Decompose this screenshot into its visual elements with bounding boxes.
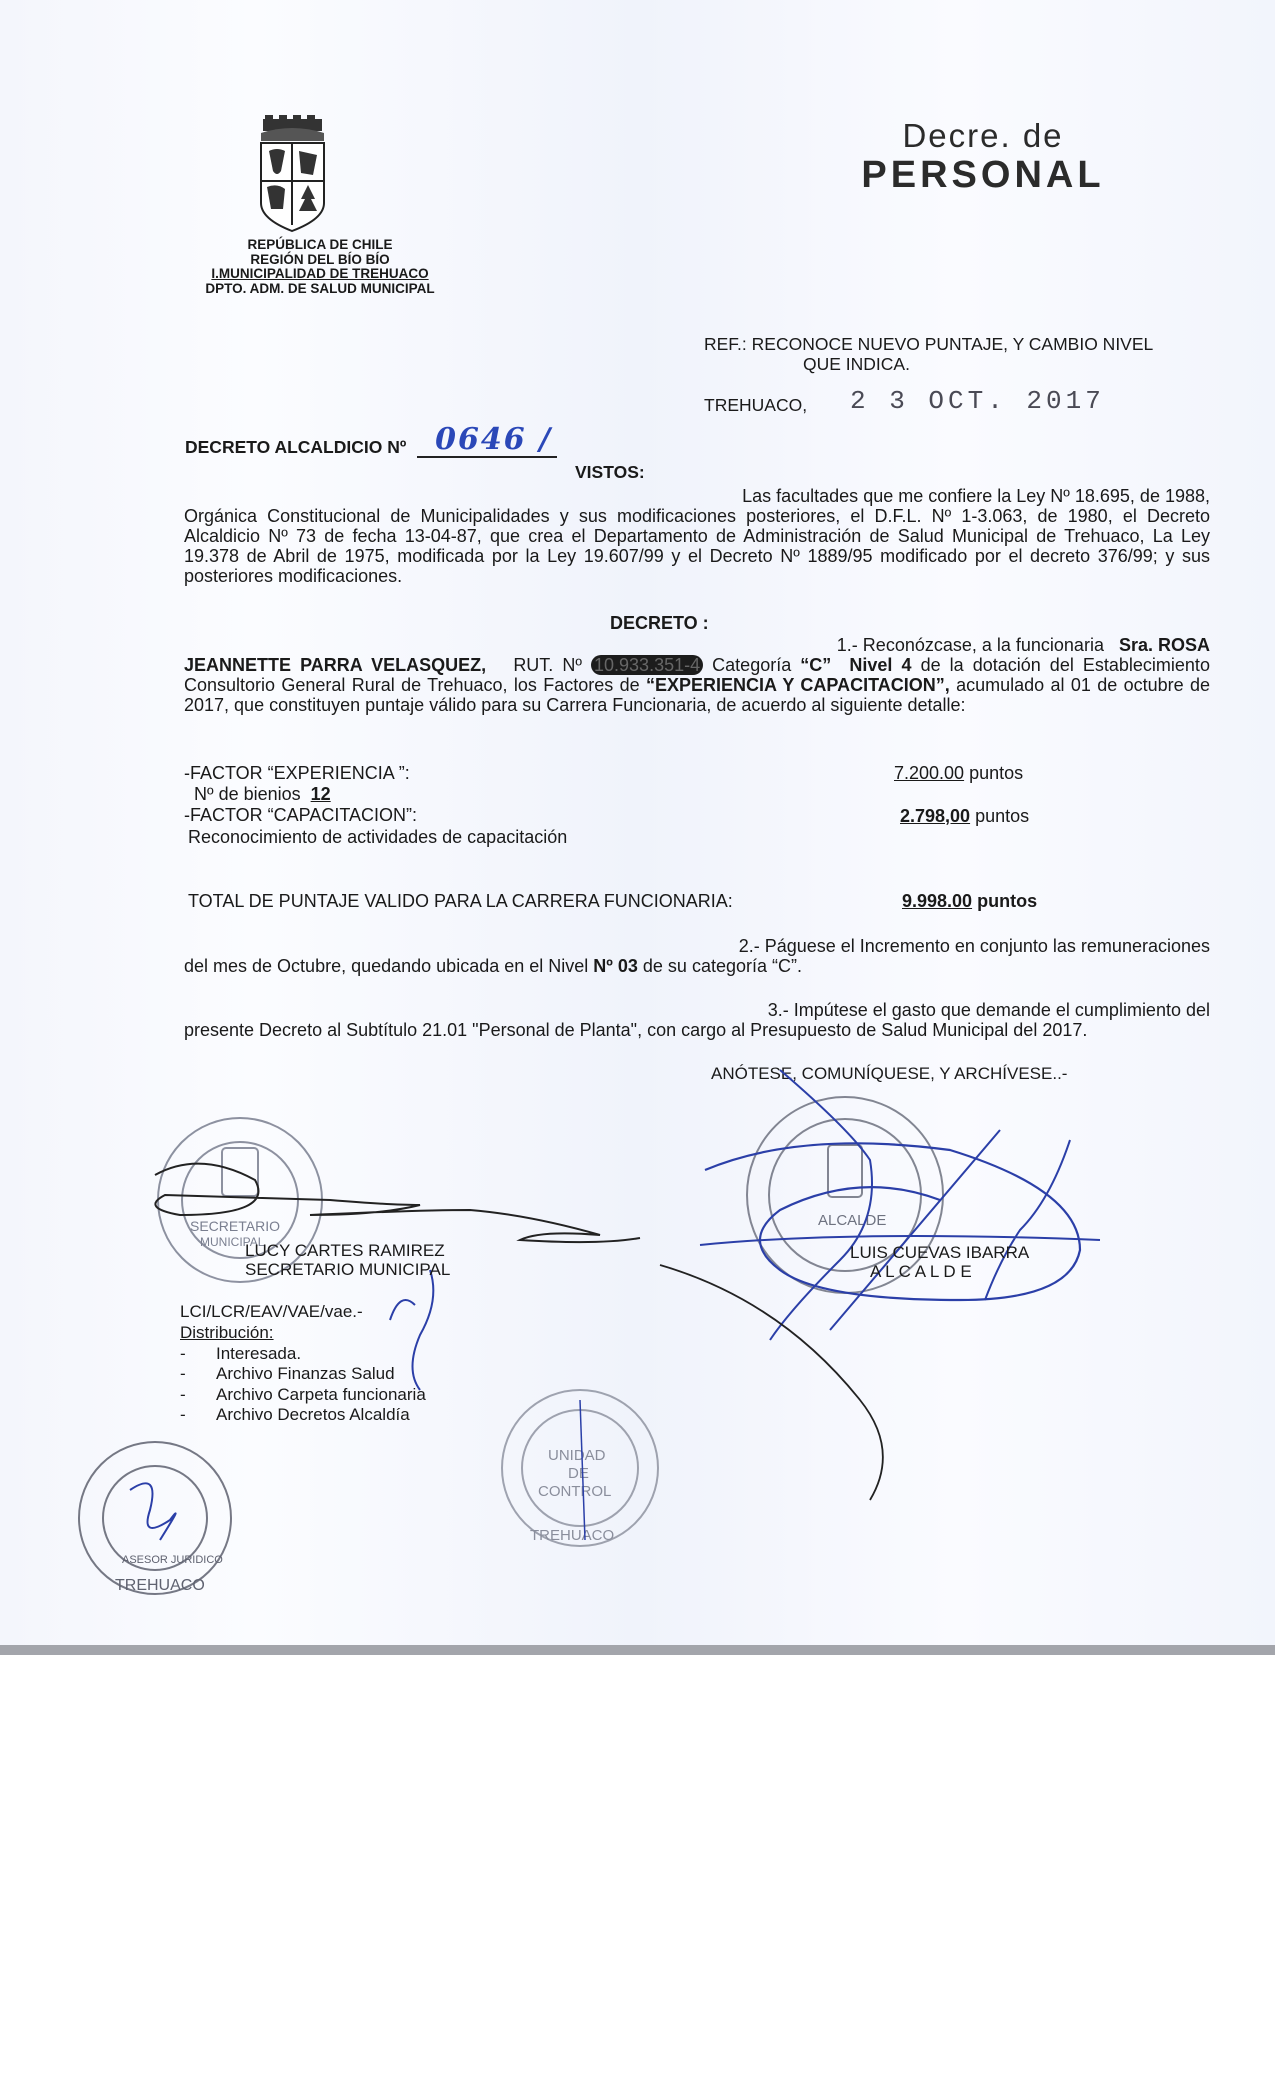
secretary-signature-block: LUCY CARTES RAMIREZ SECRETARIO MUNICIPAL (245, 1241, 450, 1279)
item-2-text-a: del mes de Octubre, quedando ubicada en … (184, 956, 588, 976)
organization-header: REPÚBLICA DE CHILE REGIÓN DEL BÍO BÍO I.… (185, 238, 455, 296)
distribution-item: -Interesada. (180, 1344, 426, 1365)
ref-line-2: QUE INDICA. (704, 354, 1153, 374)
factores-label: “EXPERIENCIA Y CAPACITACION”, (646, 675, 950, 695)
org-line: I.MUNICIPALIDAD DE TREHUACO (185, 267, 455, 282)
rut-redacted: 10.933.351-4 (591, 655, 703, 675)
secretary-name: LUCY CARTES RAMIREZ (245, 1241, 450, 1260)
stamp-line-2: PERSONAL (838, 154, 1128, 196)
points-unit: puntos (977, 891, 1037, 911)
distribution-item-label: Archivo Finanzas Salud (216, 1364, 395, 1385)
item-3-text: presente Decreto al Subtítulo 21.01 "Per… (184, 1020, 1087, 1040)
item-2-lead: 2.- Páguese el Incremento en conjunto la… (184, 936, 1210, 956)
item-1-paragraph: 1.- Reconózcase, a la funcionaria Sra. R… (184, 635, 1210, 715)
item-2-paragraph: 2.- Páguese el Incremento en conjunto la… (184, 936, 1210, 976)
experiencia-points: 7.200.00 (894, 763, 964, 783)
distribution-item: -Archivo Decretos Alcaldía (180, 1405, 426, 1426)
ref-line-1: REF.: RECONOCE NUEVO PUNTAJE, Y CAMBIO N… (704, 334, 1153, 354)
scan-bottom-edge (0, 1645, 1275, 1655)
distribution-item-label: Archivo Carpeta funcionaria (216, 1385, 426, 1406)
employee-name: JEANNETTE PARRA VELASQUEZ, (184, 655, 486, 675)
categoria-label: Categoría (712, 655, 791, 675)
points-unit: puntos (969, 763, 1023, 783)
distribution-item-label: Archivo Decretos Alcaldía (216, 1405, 410, 1426)
factor-capacitacion-value: 2.798,00 puntos (900, 806, 1029, 827)
distribution-item: -Archivo Carpeta funcionaria (180, 1385, 426, 1406)
distribution-item: -Archivo Finanzas Salud (180, 1364, 426, 1385)
item-2-nivel: Nº 03 (593, 956, 638, 976)
nivel-value: Nivel 4 (849, 655, 911, 675)
distribution-item-label: Interesada. (216, 1344, 301, 1365)
distribution-list: Distribución: -Interesada. -Archivo Fina… (180, 1323, 426, 1426)
item-1-title: Sra. ROSA (1119, 635, 1210, 655)
factor-experiencia-value: 7.200.00 puntos (894, 763, 1023, 784)
vistos-heading: VISTOS: (575, 462, 645, 483)
place-label: TREHUACO, (704, 395, 807, 416)
decree-number-label: DECRETO ALCALDICIO Nº (185, 437, 406, 457)
item-3-lead: 3.- Impútese el gasto que demande el cum… (184, 1000, 1210, 1020)
mayor-title: A L C A L D E (850, 1262, 1029, 1281)
vistos-first-line: Las facultades que me confiere la Ley Nº… (184, 486, 1210, 506)
decree-number-field: 0646 / (417, 438, 557, 458)
total-points: 9.998.00 (902, 891, 972, 911)
decreto-heading: DECRETO : (610, 613, 709, 634)
bienios-row: Nº de bienios 12 (194, 784, 331, 805)
org-line: DPTO. ADM. DE SALUD MUNICIPAL (185, 282, 455, 297)
bienios-value: 12 (311, 784, 331, 804)
closing-formula: ANÓTESE, COMUNÍQUESE, Y ARCHÍVESE..- (711, 1064, 1067, 1084)
date-stamp: 2 3 OCT. 2017 (850, 386, 1105, 416)
distribution-heading: Distribución: (180, 1323, 426, 1344)
rut-label: RUT. Nº (513, 655, 582, 675)
item-2-text-b: de su categoría “C”. (643, 956, 802, 976)
factor-capacitacion-label: -FACTOR “CAPACITACION”: (184, 805, 417, 826)
decree-number-line: DECRETO ALCALDICIO Nº 0646 / (185, 437, 557, 458)
total-value: 9.998.00 puntos (902, 891, 1037, 912)
item-3-paragraph: 3.- Impútese el gasto que demande el cum… (184, 1000, 1210, 1040)
municipal-coat-of-arms-icon (255, 115, 330, 235)
item-1-lead: 1.- Reconózcase, a la funcionaria (837, 635, 1104, 655)
stamp-line-1: Decre. de (838, 118, 1128, 154)
mayor-name: LUIS CUEVAS IBARRA (850, 1243, 1029, 1262)
categoria-value: “C” (800, 655, 831, 675)
org-line: REPÚBLICA DE CHILE (185, 238, 455, 253)
capacitacion-points: 2.798,00 (900, 806, 970, 826)
bienios-label: Nº de bienios (194, 784, 301, 804)
decree-number-handwritten: 0646 / (435, 422, 552, 457)
points-unit: puntos (975, 806, 1029, 826)
secretary-title: SECRETARIO MUNICIPAL (245, 1260, 450, 1279)
vistos-paragraph: Las facultades que me confiere la Ley Nº… (184, 486, 1210, 586)
mayor-signature-block: LUIS CUEVAS IBARRA A L C A L D E (850, 1243, 1029, 1281)
capacitacion-description: Reconocimiento de actividades de capacit… (188, 827, 567, 848)
org-line: REGIÓN DEL BÍO BÍO (185, 253, 455, 268)
vistos-rest: Orgánica Constitucional de Municipalidad… (184, 506, 1210, 586)
item-1-first-line: 1.- Reconózcase, a la funcionaria Sra. R… (184, 635, 1210, 655)
reference-block: REF.: RECONOCE NUEVO PUNTAJE, Y CAMBIO N… (704, 334, 1153, 374)
decree-type-stamp: Decre. de PERSONAL (838, 118, 1128, 196)
factor-experiencia-label: -FACTOR “EXPERIENCIA ”: (184, 763, 410, 784)
total-label: TOTAL DE PUNTAJE VALIDO PARA LA CARRERA … (188, 891, 733, 912)
initials: LCI/LCR/EAV/VAE/vae.- (180, 1302, 363, 1322)
